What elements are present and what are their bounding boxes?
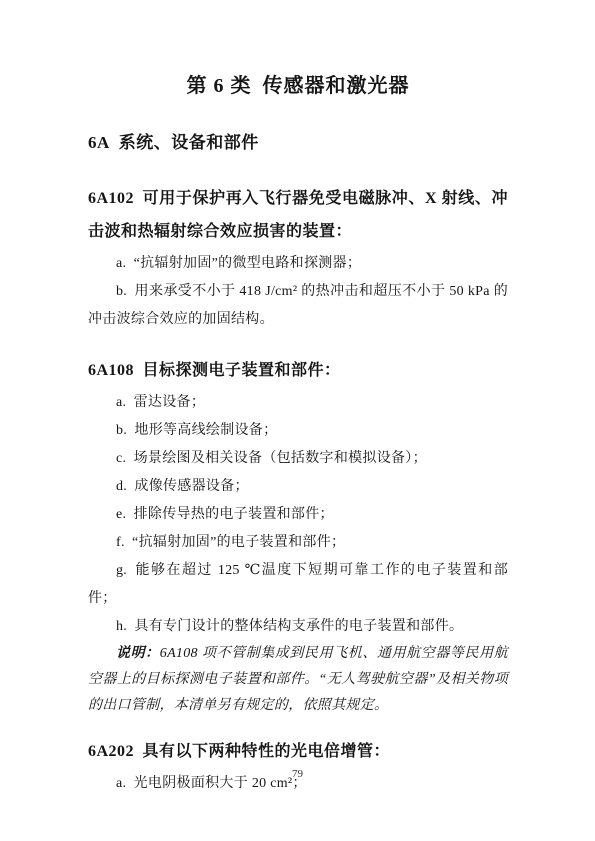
entry-6a102-item-a: a. “抗辐射加固”的微型电路和探测器；	[88, 250, 508, 278]
entry-6a108-heading: 6A108 目标探测电子装置和部件：	[88, 354, 508, 387]
entry-6a202-heading: 6A202 具有以下两种特性的光电倍增管：	[88, 735, 508, 768]
page-number: 79	[0, 767, 595, 781]
entry-6a108-item-h: h. 具有专门设计的整体结构支承件的电子装置和部件。	[88, 613, 508, 641]
entry-6a108: 6A108 目标探测电子装置和部件： a. 雷达设备； b. 地形等高线绘制设备…	[88, 354, 508, 719]
document-page: 第 6 类 传感器和激光器 6A 系统、设备和部件 6A102 可用于保护再入飞…	[0, 0, 595, 841]
entry-6a108-item-d: d. 成像传感器设备；	[88, 473, 508, 501]
entry-6a108-item-f: f. “抗辐射加固”的电子装置和部件；	[88, 529, 508, 557]
entry-6a102-heading: 6A102 可用于保护再入飞行器免受电磁脉冲、X 射线、冲击波和热辐射综合效应损…	[88, 182, 508, 248]
entry-6a102-item-b: b. 用来承受不小于 418 J/cm² 的热冲击和超压不小于 50 kPa 的…	[88, 278, 508, 334]
document-title: 第 6 类 传感器和激光器	[88, 73, 508, 99]
entry-6a108-item-c: c. 场景绘图及相关设备（包括数字和模拟设备）；	[88, 445, 508, 473]
category-6a-heading: 6A 系统、设备和部件	[88, 132, 508, 154]
entry-6a108-note: 说明：6A108 项不管制集成到民用飞机、通用航空器等民用航空器上的目标探测电子…	[88, 641, 508, 719]
entry-6a108-item-e: e. 排除传导热的电子装置和部件；	[88, 501, 508, 529]
entry-6a108-item-a: a. 雷达设备；	[88, 389, 508, 417]
entry-6a108-item-g: g. 能够在超过 125 ℃温度下短期可靠工作的电子装置和部件；	[88, 557, 508, 613]
entry-6a102: 6A102 可用于保护再入飞行器免受电磁脉冲、X 射线、冲击波和热辐射综合效应损…	[88, 182, 508, 334]
note-label: 说明：	[116, 646, 160, 661]
entry-6a108-item-b: b. 地形等高线绘制设备；	[88, 417, 508, 445]
